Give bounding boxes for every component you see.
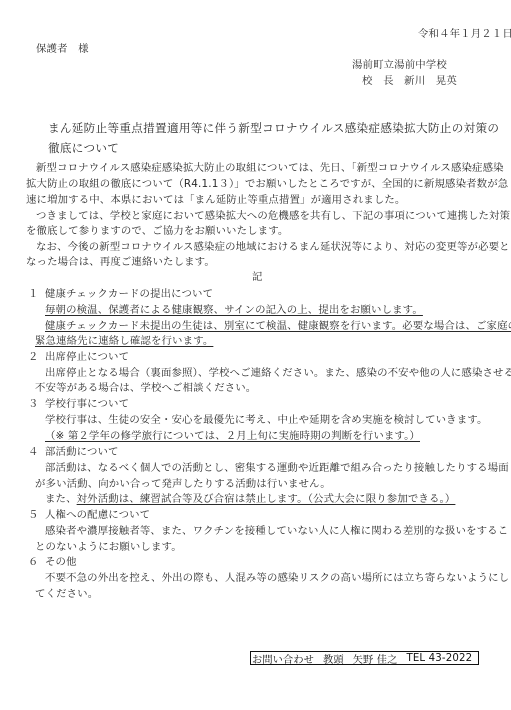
ki-heading: 記: [252, 270, 263, 284]
item-heading: 人権への配慮について: [45, 508, 150, 522]
contact-tel: TEL 43-2022: [406, 653, 472, 664]
body-line: 新型コロナウイルス感染症感染拡大防止の取組については、先日、「新型コロナウイルス…: [36, 161, 504, 175]
contact-box: お問い合わせ 教頭 矢野 佳之 TEL 43-2022: [250, 651, 479, 665]
body-line: なお、今後の新型コロナウイルス感染症の地域におけるまん延状況等により、対応の変更…: [36, 240, 510, 254]
item-text: 不安等がある場合は、学校へご相談ください。: [35, 381, 256, 395]
item-number: ４: [28, 445, 39, 459]
principal-name: 校 長 新川 晃英: [362, 74, 457, 88]
item-heading: 学校行事について: [45, 397, 129, 411]
item-number: ６: [28, 555, 39, 569]
item-text: 出席停止となる場合（裏面参照）、学校へご連絡ください。また、感染の不安や他の人に…: [45, 366, 511, 380]
body-line: 速に増加する中、本県においては「まん延防止等重点措置」が適用されました。: [26, 193, 405, 207]
item-text: また、: [45, 493, 77, 505]
document-title-line-1: まん延防止等重点措置適用等に伴う新型コロナウイルス感染症感染拡大防止の対策の: [48, 121, 499, 135]
contact-name: 矢野 佳之: [353, 651, 398, 666]
item-text: とのないようにお願いします。: [35, 540, 182, 554]
item-heading: 部活動について: [45, 445, 119, 459]
item-number: ２: [28, 350, 39, 364]
item-text-underlined: 毎朝の検温、保護者による健康観察、サインの記入の上、提出をお願いします。: [45, 303, 423, 317]
body-line: 拡大防止の取組の徹底について（R4.1.1３）」でお願いしたところですが、全国的…: [26, 177, 508, 191]
item-text-underlined: 対外活動は、練習試合等及び合宿は禁止します。（公式大会に限り参加できる。）: [77, 493, 456, 505]
body-line: つきましては、学校と家庭において感染拡大への危機感を共有し、下記の事項について連…: [36, 209, 510, 223]
item-text-underlined: 緊急連絡先に連絡し確認を行います。: [35, 334, 213, 348]
item-text: 不要不急の外出を控え、外出の際も、人混み等の感染リスクの高い場所には立ち寄らない…: [45, 571, 509, 585]
body-line: を徹底して参りますので、ご協力をお願いいたします。: [26, 224, 288, 238]
body-line: なった場合は、再度ご連絡いたします。: [26, 255, 215, 269]
item-number: ５: [28, 508, 39, 522]
item-text-underlined: （※ 第２学年の修学旅行については、２月上旬に実施時期の判断を行います。）: [45, 429, 420, 443]
item-text: が多い活動、向かい合って発声したりする活動は行いません。: [35, 477, 331, 491]
school-name: 湯前町立湯前中学校: [352, 58, 447, 72]
contact-label: お問い合わせ: [252, 651, 314, 666]
item-text-underlined: 健康チェックカード未提出の生徒は、別室にて検温、健康観察を行います。必要な場合は…: [45, 319, 511, 333]
item-number: ３: [28, 397, 39, 411]
item-number: １: [28, 287, 39, 301]
item-text: 感染者や濃厚接触者等、また、ワクチンを接種していない人に人権に関わる差別的な扱い…: [45, 524, 508, 538]
document-date: 令和４年１月２１日: [418, 27, 511, 41]
item-text-line: また、対外活動は、練習試合等及び合宿は禁止します。（公式大会に限り参加できる。）: [45, 492, 455, 506]
item-text: てください。: [35, 587, 98, 601]
item-text: 部活動は、なるべく個人での活動とし、密集する運動や近距離で組み合ったり接触したり…: [45, 461, 509, 475]
document-title-line-2: 徹底について: [48, 141, 119, 155]
item-text: 学校行事は、生徒の安全・安心を最優先に考え、中止や延期を含め実施を検討していきま…: [45, 413, 488, 427]
addressee: 保護者 様: [36, 42, 89, 56]
item-heading: その他: [45, 555, 77, 569]
item-heading: 健康チェックカードの提出について: [45, 287, 213, 301]
contact-role: 教頭: [323, 651, 344, 666]
item-heading: 出席停止について: [45, 350, 129, 364]
